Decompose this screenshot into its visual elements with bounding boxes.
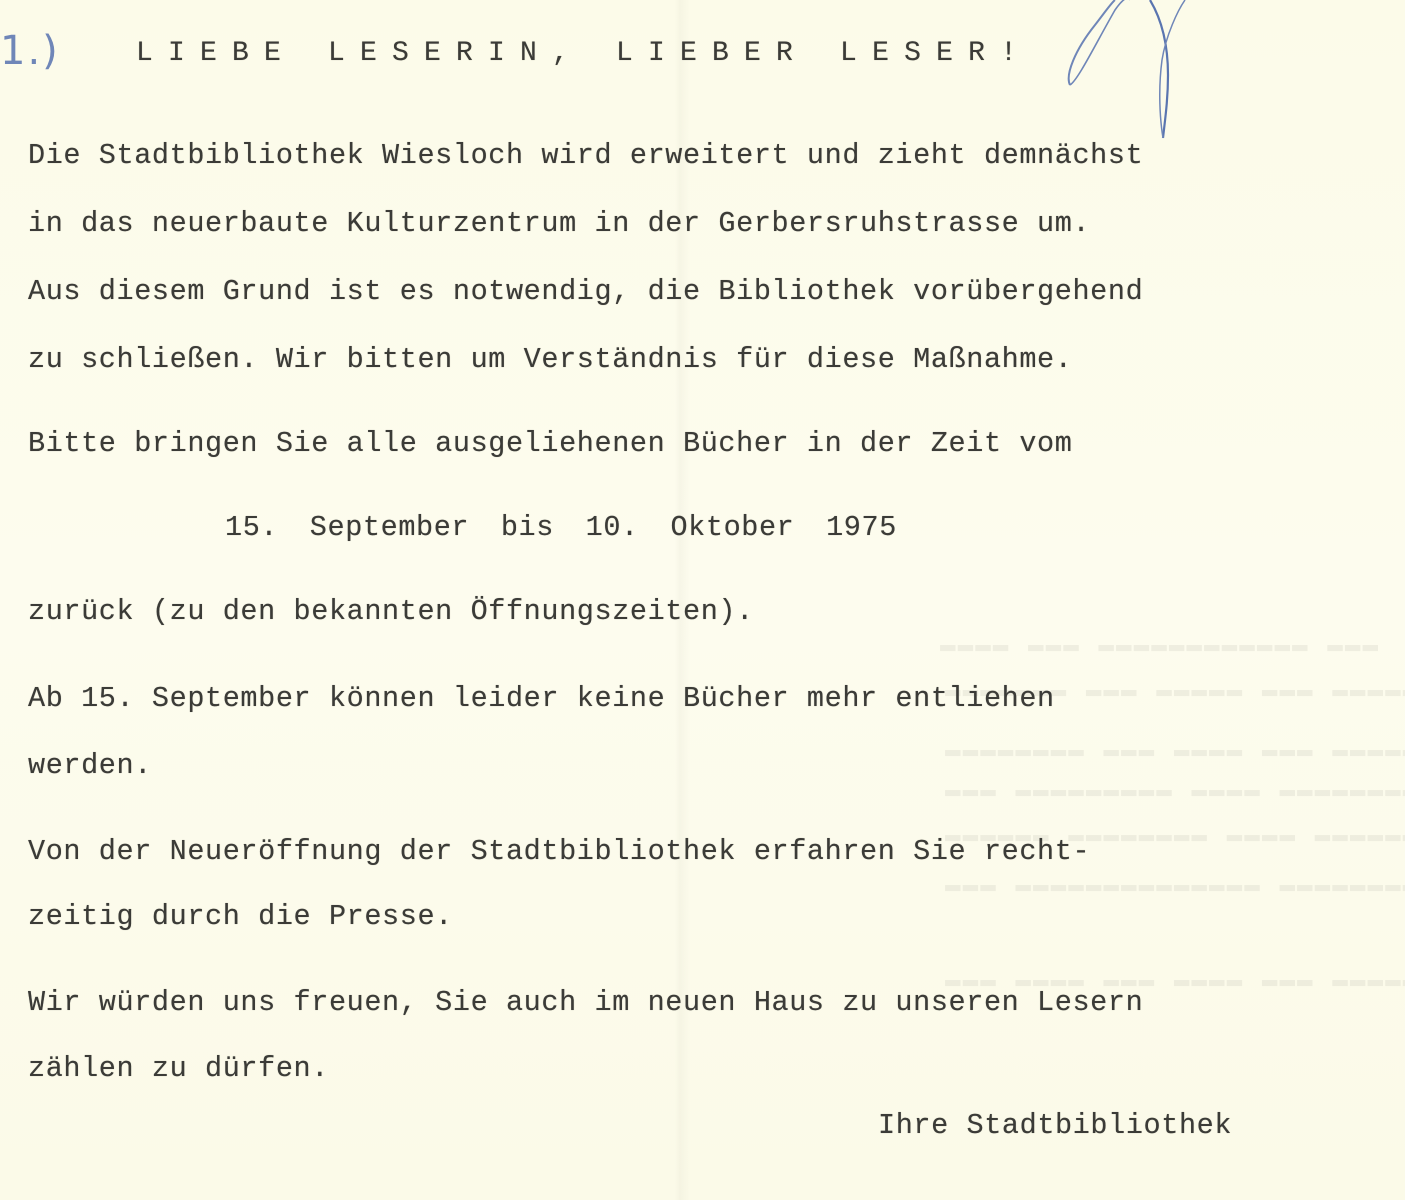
body-line: Wir würden uns freuen, Sie auch im neuen… [28,989,1143,1018]
letter-heading: LIEBE LESERIN, LIEBER LESER! [136,38,1032,69]
signature: Ihre Stadtbibliothek [878,1112,1232,1141]
body-line: zählen zu dürfen. [28,1055,329,1084]
body-line: Die Stadtbibliothek Wiesloch wird erweit… [28,142,1143,171]
body-line: Von der Neueröffnung der Stadtbibliothek… [28,838,1090,867]
body-line: zu schließen. Wir bitten um Verständnis … [28,346,1072,375]
body-line: in das neuerbaute Kulturzentrum in der G… [28,210,1090,239]
body-line: Ab 15. September können leider keine Büc… [28,685,1055,714]
body-line: Bitte bringen Sie alle ausgeliehenen Büc… [28,430,1072,459]
body-line: zurück (zu den bekannten Öffnungszeiten)… [28,598,754,627]
body-line: werden. [28,752,152,781]
return-period-dates: 15. September bis 10. Oktober 1975 [225,514,897,543]
body-line: Aus diesem Grund ist es notwendig, die B… [28,278,1143,307]
handwritten-annotation: 1.) [0,28,60,74]
body-line: zeitig durch die Presse. [28,903,453,932]
